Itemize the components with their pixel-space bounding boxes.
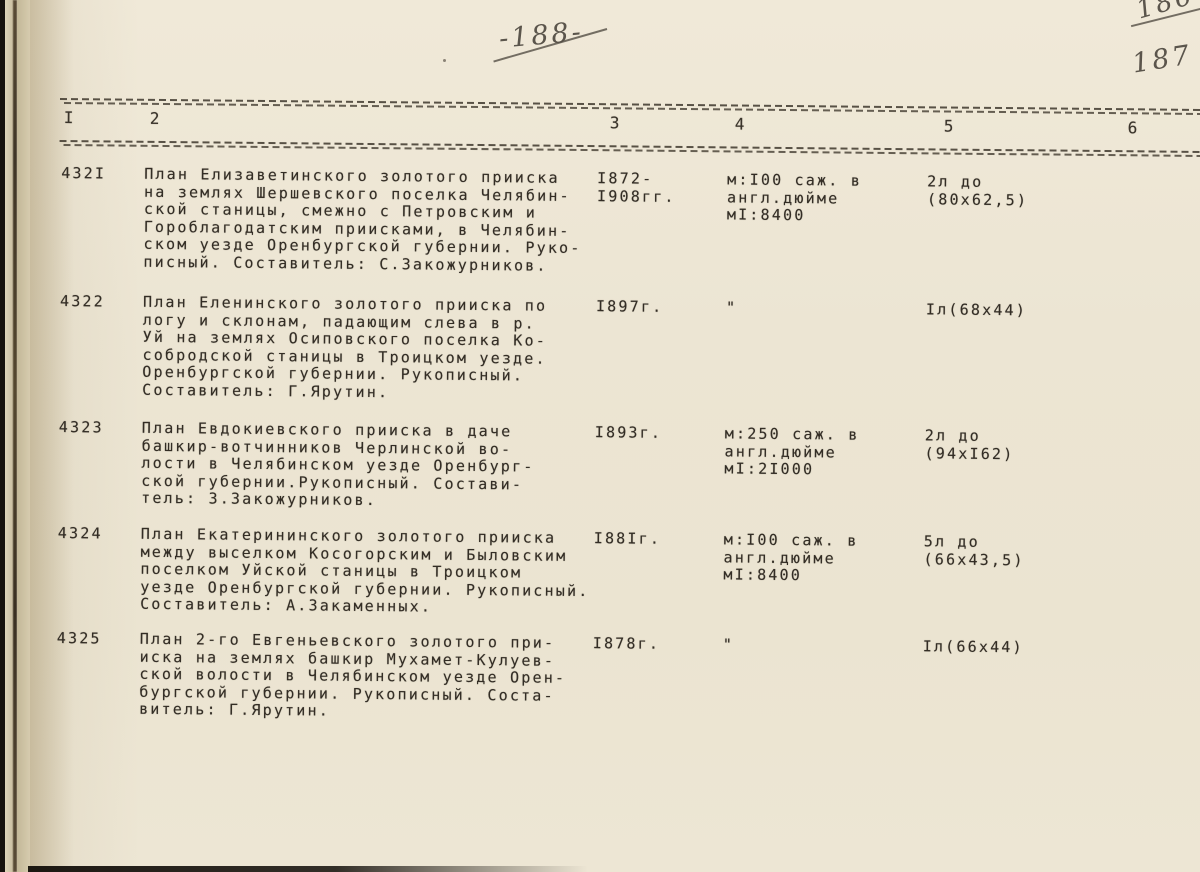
row-extent: Iл(66х44) — [923, 638, 1138, 658]
table-row: 4324 План Екатерининского золотого приис… — [56, 525, 1200, 536]
row-extent: 5л до (66х43,5) — [923, 533, 1138, 570]
table-row: 4325 План 2-го Евгеньевского золотого пр… — [55, 630, 1200, 641]
row-number: 4324 — [58, 525, 103, 543]
row-scale: м:I00 саж. в англ.дюйме мI:8400 — [727, 171, 922, 225]
bottom-page-edge-shadow — [28, 866, 588, 872]
row-description: План 2-го Евгеньевского золотого при- ис… — [139, 631, 608, 723]
row-description: План Елизаветинского золотого прииска на… — [143, 166, 612, 275]
row-extent: Iл(68х44) — [926, 301, 1141, 321]
row-number: 432I — [61, 165, 106, 183]
table-header-divider-top — [60, 98, 1200, 116]
row-description: План Екатерининского золотого прииска ме… — [140, 526, 609, 618]
handwritten-page-number: 187 — [1130, 39, 1195, 79]
row-number: 4325 — [57, 630, 102, 648]
row-description: План Еленинского золотого прииска по лог… — [142, 294, 611, 403]
row-number: 4322 — [60, 293, 105, 311]
column-number-4: 4 — [735, 114, 745, 133]
page-stack-edge-inner — [17, 0, 30, 872]
row-description: План Евдокиевского прииска в даче башкир… — [141, 420, 610, 512]
row-date: I88Iг. — [594, 530, 719, 549]
inventory-table: I 2 3 4 5 6 432I План Елизаветинского зо… — [53, 95, 1200, 786]
row-extent: 2л до (94хI62) — [925, 427, 1140, 464]
row-scale: м:I00 саж. в англ.дюйме мI:8400 — [723, 531, 918, 585]
row-date: I878г. — [593, 635, 718, 654]
pencil-speck — [443, 59, 446, 62]
column-number-6: 6 — [1128, 118, 1138, 137]
row-number: 4323 — [59, 419, 104, 437]
row-extent: 2л до (80х62,5) — [927, 173, 1142, 210]
column-number-1: I — [64, 108, 74, 127]
table-row: 4322 План Еленинского золотого прииска п… — [58, 293, 1200, 304]
row-date: I872- I908гг. — [597, 170, 722, 206]
table-row: 432I План Елизаветинского золотого приис… — [59, 165, 1200, 176]
column-number-5: 5 — [944, 116, 954, 135]
row-scale: м:250 саж. в англ.дюйме мI:2I000 — [724, 425, 919, 479]
handwritten-page-number-crossed: -188- — [498, 16, 585, 54]
column-number-2: 2 — [150, 109, 160, 128]
table-header-divider-bottom — [60, 140, 1200, 158]
row-ditto-mark: " — [723, 636, 918, 655]
column-number-3: 3 — [610, 113, 620, 132]
row-date: I893г. — [595, 424, 720, 443]
scanned-archive-page: -188- 186 187 I 2 3 4 5 6 432I План Елиз… — [0, 0, 1200, 872]
row-ditto-mark: " — [726, 299, 921, 318]
row-date: I897г. — [596, 298, 721, 317]
table-row: 4323 План Евдокиевского прииска в даче б… — [57, 419, 1200, 430]
